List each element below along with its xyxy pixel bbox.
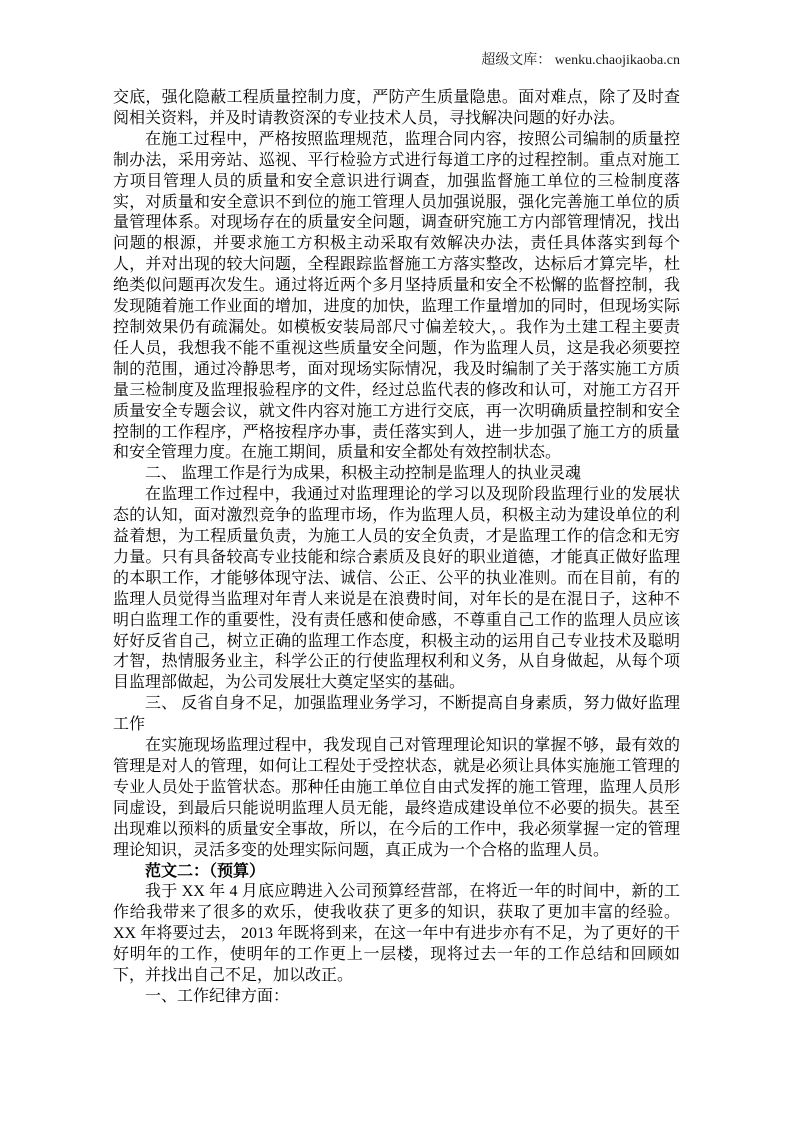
paragraph-construction-process: 在施工过程中，严格按照监理规范，监理合同内容，按照公司编制的质量控制办法，采用旁… [113,130,680,465]
paragraph-supervision-belief: 在监理工作过程中，我通过对监理理论的学习以及现阶段监理行业的发展状态的认知，面对… [113,485,680,694]
document-page: 超级文库： wenku.chaojikaoba.cn 交底，强化隐蔽工程质量控制… [0,0,793,1122]
section-heading-two: 二、 监理工作是行为成果，积极主动控制是监理人的执业灵魂 [113,464,680,485]
page-header: 超级文库： wenku.chaojikaoba.cn [113,52,680,70]
watermark-text: 超级文库： wenku.chaojikaoba.cn [481,53,680,68]
subdoc-title-fanwen-two: 范文二：（预算） [113,862,680,883]
document-body: 交底，强化隐蔽工程质量控制力度，严防产生质量隐患。面对难点，除了及时查阅相关资料… [113,88,680,1008]
section-heading-one-discipline: 一、工作纪律方面： [113,987,680,1008]
paragraph-self-reflection: 在实施现场监理过程中，我发现自己对管理理论知识的掌握不够，最有效的管理是对人的管… [113,736,680,861]
section-heading-three: 三、 反省自身不足，加强监理业务学习，不断提高自身素质，努力做好监理工作 [113,694,680,736]
paragraph-continuation: 交底，强化隐蔽工程质量控制力度，严防产生质量隐患。面对难点，除了及时查阅相关资料… [113,88,680,130]
paragraph-budget-intro: 我于 XX 年 4 月底应聘进入公司预算经营部，在将近一年的时间中，新的工作给我… [113,882,680,987]
